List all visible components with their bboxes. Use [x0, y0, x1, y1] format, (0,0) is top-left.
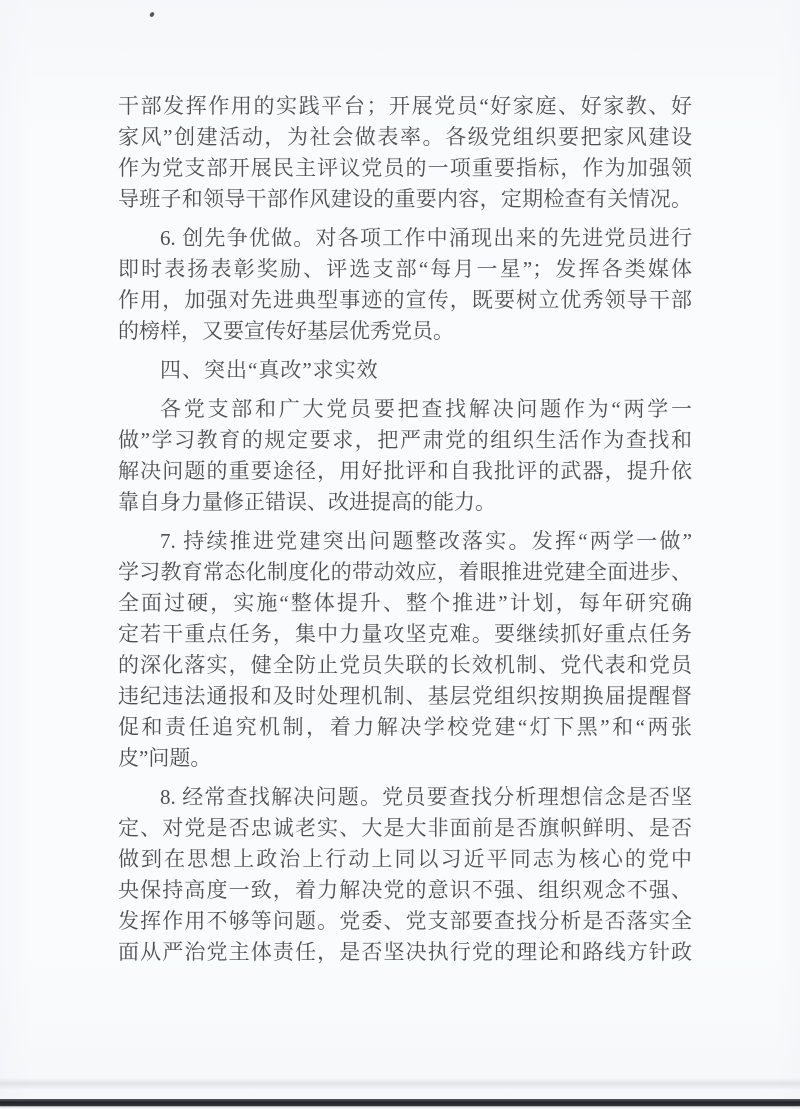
- text-line: 全面过硬，实施“整体提升、整个推进”计划，每年研究确: [118, 588, 692, 619]
- text-line: 央保持高度一致，着力解决党的意识不强、组织观念不强、: [118, 875, 692, 906]
- text-line: 导班子和领导干部作风建设的重要内容，定期检查有关情况。: [118, 184, 692, 215]
- text-line: 发挥作用不够等问题。党委、党支部要查找分析是否落实全: [118, 906, 692, 937]
- document-body: 干部发挥作用的实践平台；开展党员“好家庭、好家教、好家风”创建活动，为社会做表率…: [118, 91, 692, 968]
- text-line: 定若干重点任务，集中力量攻坚克难。要继续抓好重点任务: [118, 619, 692, 650]
- text-line: 干部发挥作用的实践平台；开展党员“好家庭、好家教、好: [118, 91, 692, 122]
- text-line: 违纪违法通报和及时处理机制、基层党组织按期换届提醒督: [118, 681, 692, 712]
- scanned-document-page: 干部发挥作用的实践平台；开展党员“好家庭、好家教、好家风”创建活动，为社会做表率…: [0, 0, 800, 1109]
- text-line: 做”学习教育的规定要求，把严肃党的组织生活作为查找和: [118, 425, 692, 456]
- text-line: 作用，加强对先进典型事迹的宣传，既要树立优秀领导干部: [118, 285, 692, 316]
- paragraph: 干部发挥作用的实践平台；开展党员“好家庭、好家教、好家风”创建活动，为社会做表率…: [118, 91, 692, 215]
- paragraph: 8. 经常查找解决问题。党员要查找分析理想信念是否坚定、对党是否忠诚老实、大是大…: [118, 782, 692, 968]
- text-line: 的榜样，又要宣传好基层优秀党员。: [118, 316, 692, 347]
- text-line: 定、对党是否忠诚老实、大是大非面前是否旗帜鲜明、是否: [118, 813, 692, 844]
- text-line: 7. 持续推进党建突出问题整改落实。发挥“两学一做”: [118, 526, 692, 557]
- text-line: 面从严治党主体责任，是否坚决执行党的理论和路线方针政: [118, 937, 692, 968]
- text-line: 作为党支部开展民主评议党员的一项重要指标，作为加强领: [118, 153, 692, 184]
- text-line: 6. 创先争优做。对各项工作中涌现出来的先进党员进行: [118, 223, 692, 254]
- text-line: 做到在思想上政治上行动上同以习近平同志为核心的党中: [118, 844, 692, 875]
- text-line: 皮”问题。: [118, 743, 692, 774]
- paragraph: 7. 持续推进党建突出问题整改落实。发挥“两学一做”学习教育常态化制度化的带动效…: [118, 526, 692, 774]
- text-line: 即时表扬表彰奖励、评选支部“每月一星”；发挥各类媒体: [118, 254, 692, 285]
- paragraph: 6. 创先争优做。对各项工作中涌现出来的先进党员进行即时表扬表彰奖励、评选支部“…: [118, 223, 692, 347]
- scanner-edge-bar: [0, 1099, 800, 1106]
- scan-smudge-band: [0, 1078, 800, 1090]
- text-line: 解决问题的重要途径，用好批评和自我批评的武器，提升依: [118, 456, 692, 487]
- text-line: 家风”创建活动，为社会做表率。各级党组织要把家风建设: [118, 122, 692, 153]
- text-line: 的深化落实，健全防止党员失联的长效机制、党代表和党员: [118, 650, 692, 681]
- section-heading: 四、突出“真改”求实效: [118, 355, 692, 386]
- paragraph: 各党支部和广大党员要把查找解决问题作为“两学一做”学习教育的规定要求，把严肃党的…: [118, 394, 692, 518]
- text-line: 靠自身力量修正错误、改进提高的能力。: [118, 487, 692, 518]
- text-line: 各党支部和广大党员要把查找解决问题作为“两学一: [118, 394, 692, 425]
- text-line: 四、突出“真改”求实效: [118, 355, 692, 386]
- text-line: 8. 经常查找解决问题。党员要查找分析理想信念是否坚: [118, 782, 692, 813]
- text-line: 促和责任追究机制，着力解决学校党建“灯下黑”和“两张: [118, 712, 692, 743]
- dust-speck: [149, 11, 154, 17]
- text-line: 学习教育常态化制度化的带动效应，着眼推进党建全面进步、: [118, 557, 692, 588]
